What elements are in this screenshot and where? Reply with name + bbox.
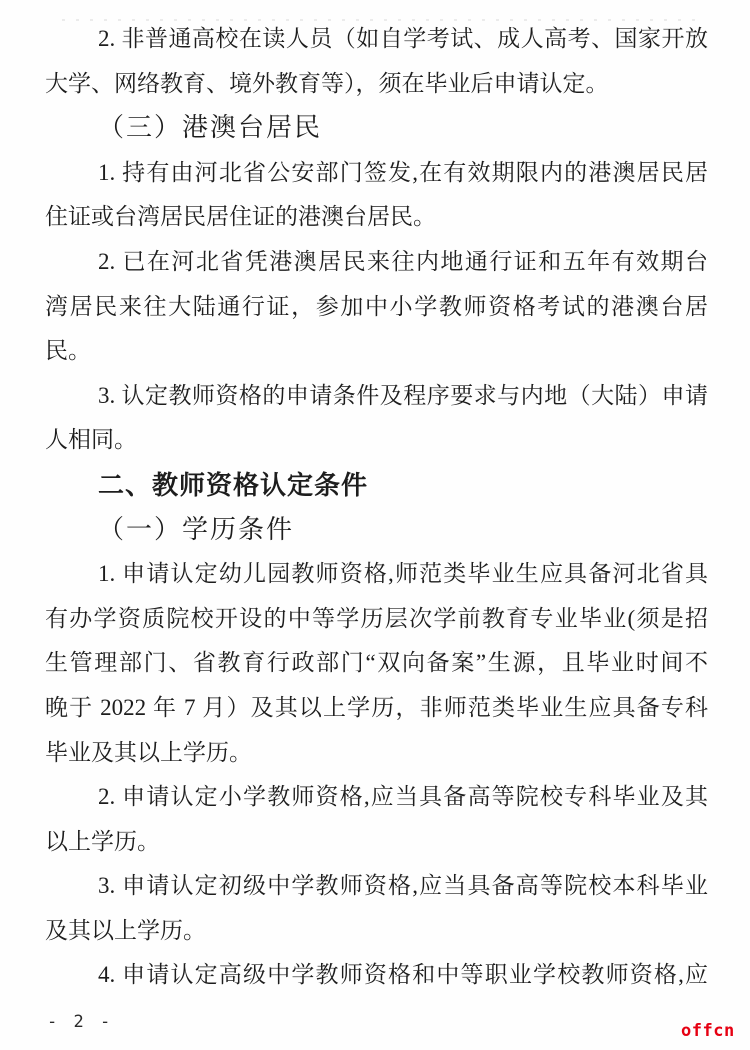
body-line: 生管理部门、省教育行政部门“双向备案”生源，且毕业时间不 <box>45 641 708 686</box>
body-line: 2. 非普通高校在读人员（如自学考试、成人高考、国家开放 <box>45 17 708 62</box>
body-line: 湾居民来往大陆通行证，参加中小学教师资格考试的港澳台居 <box>45 285 708 330</box>
body-line: 1. 持有由河北省公安部门签发,在有效期限内的港澳居民居 <box>45 151 708 196</box>
subsection-heading: （一）学历条件 <box>45 508 708 553</box>
document-page: 2. 非普通高校在读人员（如自学考试、成人高考、国家开放 大学、网络教育、境外教… <box>0 0 750 1050</box>
body-line: 人相同。 <box>45 418 708 463</box>
body-line: 及其以上学历。 <box>45 909 708 954</box>
section-heading: 二、教师资格认定条件 <box>45 463 708 508</box>
body-line: 2. 已在河北省凭港澳居民来往内地通行证和五年有效期台 <box>45 240 708 285</box>
offcn-watermark: offcn <box>681 1021 735 1041</box>
page-number: - 2 - <box>47 1012 113 1032</box>
body-line: 有办学资质院校开设的中等学历层次学前教育专业毕业(须是招 <box>45 597 708 642</box>
body-line: 晚于 2022 年 7 月）及其以上学历，非师范类毕业生应具备专科 <box>45 686 708 731</box>
body-line: 2. 申请认定小学教师资格,应当具备高等院校专科毕业及其 <box>45 775 708 820</box>
body-line: 住证或台湾居民居住证的港澳台居民。 <box>45 195 708 240</box>
body-line: 4. 申请认定高级中学教师资格和中等职业学校教师资格,应 <box>45 953 708 998</box>
body-line: 3. 申请认定初级中学教师资格,应当具备高等院校本科毕业 <box>45 864 708 909</box>
body-line: 以上学历。 <box>45 820 708 865</box>
body-line: 3. 认定教师资格的申请条件及程序要求与内地（大陆）申请 <box>45 374 708 419</box>
body-line: 1. 申请认定幼儿园教师资格,师范类毕业生应具备河北省具 <box>45 552 708 597</box>
subsection-heading: （三）港澳台居民 <box>45 106 708 151</box>
document-body: 2. 非普通高校在读人员（如自学考试、成人高考、国家开放 大学、网络教育、境外教… <box>45 17 708 998</box>
body-line: 毕业及其以上学历。 <box>45 731 708 776</box>
body-line: 民。 <box>45 329 708 374</box>
body-line: 大学、网络教育、境外教育等），须在毕业后申请认定。 <box>45 62 708 107</box>
